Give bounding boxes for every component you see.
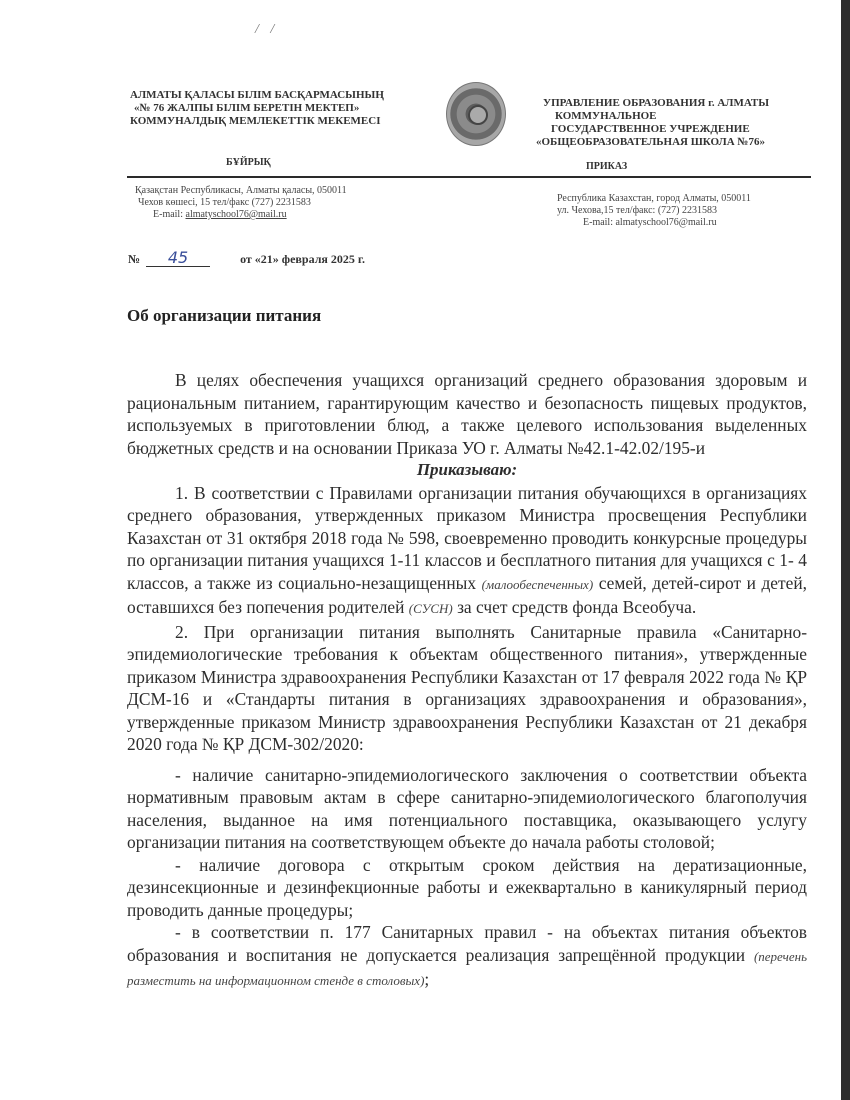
org-ru-line-1: УПРАВЛЕНИЕ ОБРАЗОВАНИЯ г. АЛМАТЫ [543, 97, 813, 110]
doc-type-russian: ПРИКАЗ [586, 161, 627, 172]
handwritten-order-number: 45 [146, 250, 210, 267]
bullet-3-text: - в соответствии п. 177 Санитарных прави… [127, 922, 807, 965]
number-label: № [128, 252, 140, 267]
bullet-1-paragraph: - наличие санитарно-эпидемиологического … [127, 764, 807, 854]
stray-pen-marks: / / [255, 22, 278, 38]
document-title: Об организации питания [127, 306, 321, 326]
intro-paragraph: В целях обеспечения учащихся организаций… [127, 369, 807, 459]
address-ru-line-2: ул. Чехова,15 тел/факс: (727) 2231583 [557, 205, 751, 217]
org-ru-line-2: КОММУНАЛЬНОЕ [543, 110, 813, 123]
item-2-paragraph: 2. При организации питания выполнять Сан… [127, 621, 807, 756]
item-1-paragraph: 1. В соответствии с Правилами организаци… [127, 482, 807, 621]
header-org-kazakh: АЛМАТЫ ҚАЛАСЫ БІЛІМ БАСҚАРМАСЫНЫҢ «№ 76 … [130, 89, 430, 128]
org-kz-line-1: АЛМАТЫ ҚАЛАСЫ БІЛІМ БАСҚАРМАСЫНЫҢ [130, 89, 430, 102]
item-1-italic-note-2: (СУСН) [409, 601, 453, 616]
org-ru-line-3: ГОСУДАРСТВЕННОЕ УЧРЕЖДЕНИЕ [543, 123, 813, 136]
address-kz-line-1: Қазақстан Республикасы, Алматы қаласы, 0… [135, 185, 347, 197]
header-org-russian: УПРАВЛЕНИЕ ОБРАЗОВАНИЯ г. АЛМАТЫ КОММУНА… [543, 97, 813, 149]
order-number-line: № 45 от «21» февраля 2025 г. [128, 250, 365, 267]
item-1-text-c: за счет средств фонда Всеобуча. [453, 597, 697, 617]
address-russian: Республика Казахстан, город Алматы, 0500… [557, 193, 751, 229]
address-kz-email-line: E-mail: almatyschool76@mail.ru [135, 209, 347, 221]
order-date: от «21» февраля 2025 г. [240, 252, 365, 267]
email-label: E-mail: [153, 209, 186, 220]
scan-edge-shadow [841, 0, 850, 1100]
bullet-2-paragraph: - наличие договора с открытым сроком дей… [127, 854, 807, 922]
org-ru-line-4: «ОБЩЕОБРАЗОВАТЕЛЬНАЯ ШКОЛА №76» [536, 136, 813, 149]
org-kz-line-3: КОММУНАЛДЫҚ МЕМЛЕКЕТТІК МЕКЕМЕСІ [130, 115, 430, 128]
bullet-3-paragraph: - в соответствии п. 177 Санитарных прави… [127, 921, 807, 993]
header-divider [127, 176, 811, 178]
address-kz-line-2: Чехов көшесі, 15 тел/факс (727) 2231583 [135, 197, 347, 209]
email-link[interactable]: almatyschool76@mail.ru [186, 209, 287, 220]
state-emblem-icon [446, 82, 506, 146]
address-ru-email-line: E-mail: almatyschool76@mail.ru [557, 217, 751, 229]
org-kz-line-2: «№ 76 ЖАЛПЫ БІЛІМ БЕРЕТІН МЕКТЕП» [130, 102, 430, 115]
address-kazakh: Қазақстан Республикасы, Алматы қаласы, 0… [135, 185, 347, 221]
address-ru-line-1: Республика Казахстан, город Алматы, 0500… [557, 193, 751, 205]
order-heading: Приказываю: [127, 459, 807, 482]
bullet-3-end: ; [424, 969, 429, 989]
document-body: В целях обеспечения учащихся организаций… [127, 369, 807, 993]
item-1-italic-note-1: (малообеспеченных) [482, 577, 594, 592]
doc-type-kazakh: БҰЙРЫҚ [226, 157, 271, 168]
